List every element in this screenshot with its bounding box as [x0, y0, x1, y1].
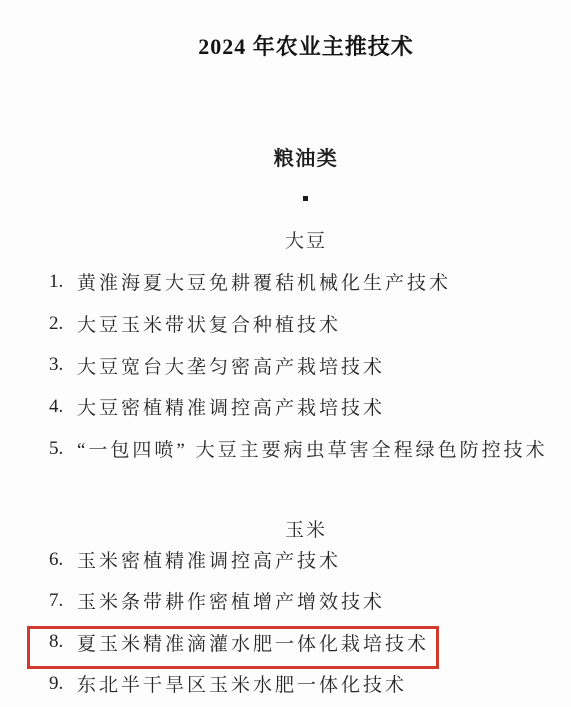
item-text: 大豆宽台大垄匀密高产栽培技术 — [77, 352, 385, 379]
list-item: 4. 大豆密植精准调控高产栽培技术 — [0, 386, 571, 428]
item-text: 黄淮海夏大豆免耕覆秸机械化生产技术 — [77, 268, 451, 295]
category-heading: 粮油类 — [41, 142, 571, 171]
item-text: 玉米密植精准调控高产技术 — [77, 546, 341, 573]
list-item: 5. “一包四喷” 大豆主要病虫草害全程绿色防控技术 — [0, 428, 571, 470]
item-text: 夏玉米精准滴灌水肥一体化栽培技术 — [77, 629, 429, 656]
list-item-highlighted: 8. 夏玉米精准滴灌水肥一体化栽培技术 — [0, 622, 571, 663]
item-number: 6. — [49, 549, 77, 571]
item-number: 3. — [49, 354, 77, 376]
list-item: 1. 黄淮海夏大豆免耕覆秸机械化生产技术 — [0, 261, 571, 303]
list-item: 6. 玉米密植精准调控高产技术 — [0, 539, 571, 580]
item-number: 7. — [49, 590, 77, 612]
item-number: 2. — [49, 313, 77, 335]
item-number: 5. — [49, 438, 77, 460]
section-heading-corn: 玉米 — [41, 515, 571, 542]
list-item: 2. 大豆玉米带状复合种植技术 — [0, 303, 571, 345]
item-text: “一包四喷” 大豆主要病虫草害全程绿色防控技术 — [77, 435, 548, 462]
list-item: 3. 大豆宽台大垄匀密高产栽培技术 — [0, 344, 571, 386]
item-text: 玉米条带耕作密植增产增效技术 — [77, 587, 385, 614]
corn-tech-list: 6. 玉米密植精准调控高产技术 7. 玉米条带耕作密植增产增效技术 8. 夏玉米… — [0, 539, 571, 704]
square-dot-icon — [303, 196, 308, 201]
item-number: 4. — [49, 396, 77, 418]
page-title: 2024 年农业主推技术 — [41, 30, 571, 61]
item-number: 1. — [49, 271, 77, 293]
section-heading-soybean: 大豆 — [41, 226, 571, 253]
soybean-tech-list: 1. 黄淮海夏大豆免耕覆秸机械化生产技术 2. 大豆玉米带状复合种植技术 3. … — [0, 261, 571, 469]
item-text: 大豆玉米带状复合种植技术 — [77, 310, 341, 337]
item-number: 8. — [49, 631, 77, 653]
list-item: 9. 东北半干旱区玉米水肥一体化技术 — [0, 663, 571, 704]
item-number: 9. — [49, 673, 77, 695]
document-page: 2024 年农业主推技术 粮油类 大豆 1. 黄淮海夏大豆免耕覆秸机械化生产技术… — [0, 0, 571, 707]
list-item: 7. 玉米条带耕作密植增产增效技术 — [0, 580, 571, 621]
item-text: 大豆密植精准调控高产栽培技术 — [77, 393, 385, 420]
item-text: 东北半干旱区玉米水肥一体化技术 — [77, 670, 407, 697]
